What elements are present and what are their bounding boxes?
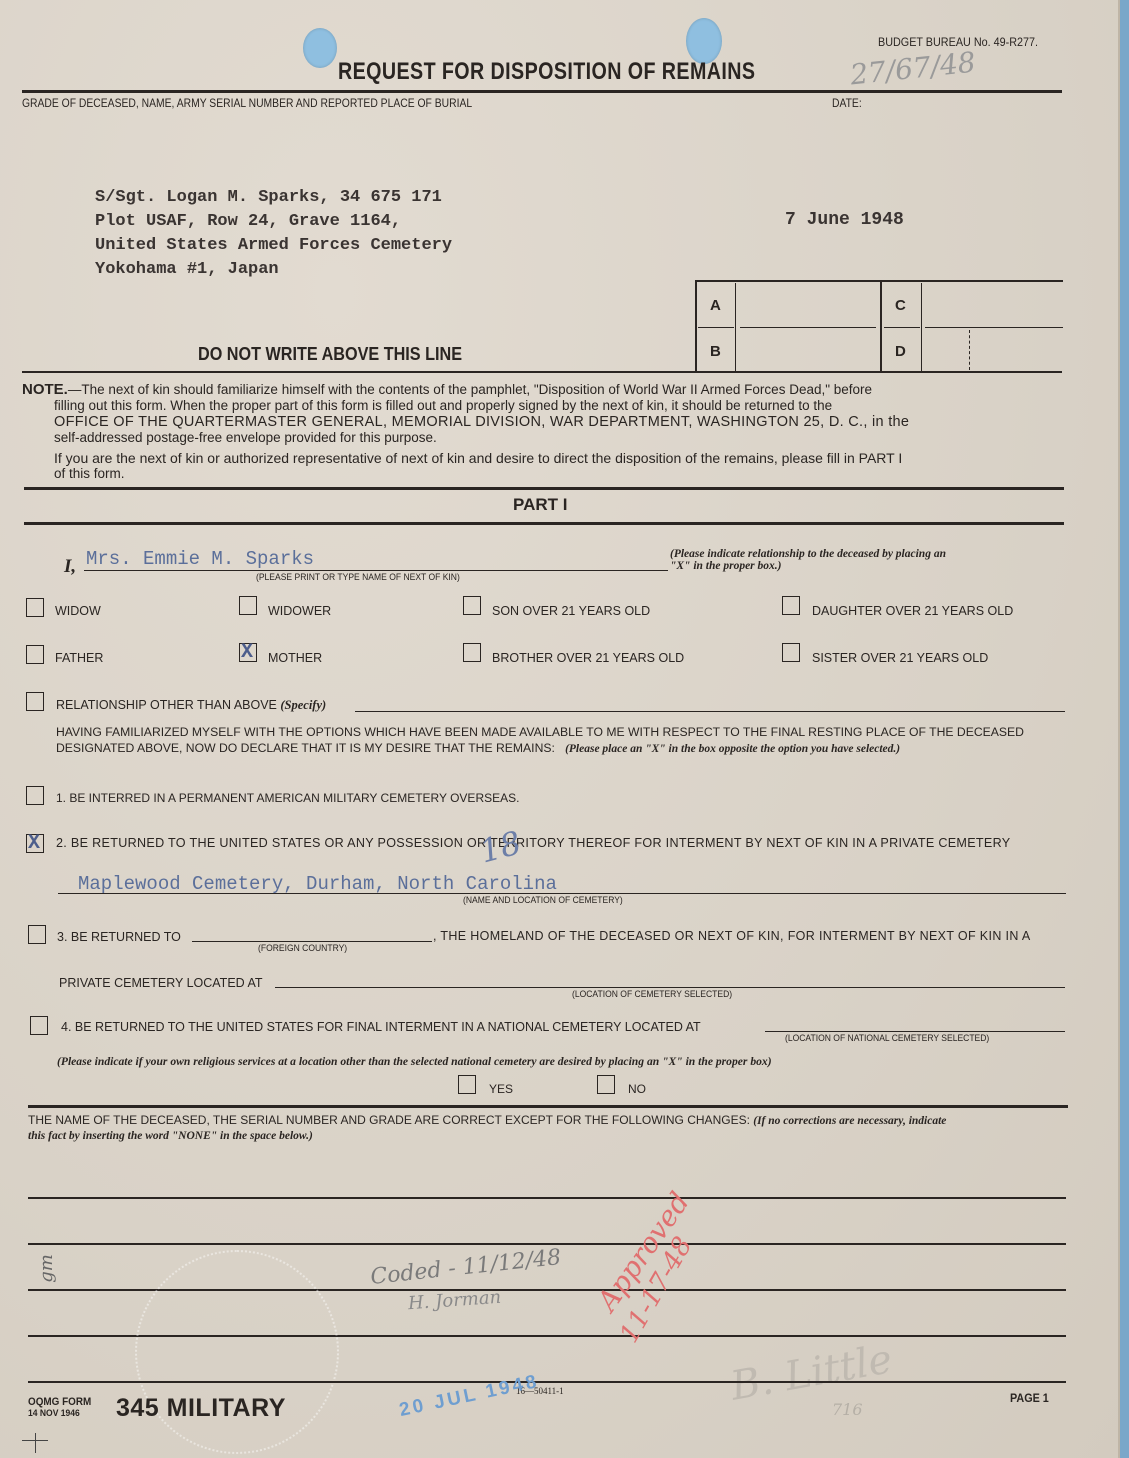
checkbox-son[interactable] [463,596,481,615]
checkbox-daughter[interactable] [782,596,800,615]
punch-hole [303,28,337,68]
do-not-write-rule [22,371,1062,373]
footer-rule [28,1381,1066,1383]
relationship-instruction-line: (Please indicate relationship to the dec… [670,548,946,560]
label-other-relationship: RELATIONSHIP OTHER THAN ABOVE (Specify) [56,698,326,713]
label-option-4: 4. BE RETURNED TO THE UNITED STATES FOR … [61,1020,701,1034]
i-prefix: I, [64,556,76,578]
deceased-location: Yokohama #1, Japan [95,258,452,282]
deceased-info-label: GRADE OF DECEASED, NAME, ARMY SERIAL NUM… [22,98,472,110]
private-cemetery-underline [58,893,1066,894]
label-father: FATHER [55,651,103,665]
note-line: of this form. [22,466,1064,482]
office-box-top [695,280,1063,282]
other-relationship-field[interactable] [355,711,1065,712]
corrections-instruction-2: this fact by inserting the word "NONE" i… [28,1130,313,1142]
checkbox-father[interactable] [26,645,44,664]
other-relationship-text: RELATIONSHIP OTHER THAN ABOVE [56,698,277,712]
label-sister: SISTER OVER 21 YEARS OLD [812,651,988,665]
checkbox-option-2[interactable] [26,834,44,853]
part1-top-rule [24,487,1064,490]
label-option-2: 2. BE RETURNED TO THE UNITED STATES OR A… [56,836,1010,850]
deceased-name-serial: S/Sgt. Logan M. Sparks, 34 675 171 [95,186,452,210]
label-widower: WIDOWER [268,604,331,618]
note-line: —The next of kin should familiarize hims… [68,382,872,397]
relationship-instruction-line: "X" in the proper box.) [670,560,946,572]
received-stamp: 20 JUL 1948 [397,1371,541,1422]
office-cell-d: D [895,343,906,360]
label-option-3-prefix: 3. BE RETURNED TO [57,930,181,944]
label-daughter: DAUGHTER OVER 21 YEARS OLD [812,604,1013,618]
office-box-row-line [698,327,734,328]
corrections-label: THE NAME OF THE DECEASED, THE SERIAL NUM… [28,1113,946,1127]
label-yes: YES [489,1082,513,1096]
form-title: REQUEST FOR DISPOSITION OF REMAINS [338,58,755,86]
note-line: self-addressed postage-free envelope pro… [22,430,1064,446]
corrections-rule [28,1105,1068,1108]
office-box-row-line [925,327,1063,328]
checkbox-option-4[interactable] [30,1016,48,1035]
part1-heading: PART I [513,495,567,515]
corrections-text: THE NAME OF THE DECEASED, THE SERIAL NUM… [28,1113,750,1127]
note-line: filling out this form. When the proper p… [22,398,1064,414]
private-cemetery-caption: (NAME AND LOCATION OF CEMETERY) [463,895,623,906]
note-lead: NOTE. [22,381,68,398]
office-box-divider [921,283,922,371]
relationship-instruction: (Please indicate relationship to the dec… [670,548,946,572]
margin-initials: gm [36,1254,57,1283]
option-2-margin-mark: 18 [476,823,525,870]
cemetery-location-caption: (LOCATION OF CEMETERY SELECTED) [572,989,732,1000]
note-paragraph: NOTE.—The next of kin should familiarize… [22,382,1064,482]
form-number: 345 MILITARY [116,1394,286,1423]
declaration-line-2: DESIGNATED ABOVE, NOW DO DECLARE THAT IT… [56,741,900,755]
label-mother: MOTHER [268,651,322,665]
signature-scribble: B. Little [727,1336,895,1410]
label-no: NO [628,1082,646,1096]
label-son: SON OVER 21 YEARS OLD [492,604,650,618]
declaration-instruction: (Please place an "X" in the box opposite… [565,743,900,755]
checkbox-widower[interactable] [239,596,257,615]
checkbox-religious-no[interactable] [597,1075,615,1094]
religious-services-instruction: (Please indicate if your own religious s… [57,1055,772,1068]
declaration-line-1: HAVING FAMILIARIZED MYSELF WITH THE OPTI… [56,725,1024,739]
date-label: DATE: [832,98,862,110]
declaration-text: DESIGNATED ABOVE, NOW DO DECLARE THAT IT… [56,741,555,755]
note-line: OFFICE OF THE QUARTERMASTER GENERAL, MEM… [22,414,1064,430]
office-box-row-line [884,327,920,328]
office-cell-c: C [895,297,906,314]
label-option-3-suffix: , THE HOMELAND OF THE DECEASED OR NEXT O… [433,929,1031,943]
private-cemetery-value[interactable]: Maplewood Cemetery, Durham, North Caroli… [78,873,557,895]
next-of-kin-name[interactable]: Mrs. Emmie M. Sparks [86,548,314,570]
national-cemetery-caption: (LOCATION OF NATIONAL CEMETERY SELECTED) [785,1033,989,1044]
office-box-left [695,280,697,372]
private-cemetery-located-label: PRIVATE CEMETERY LOCATED AT [59,976,263,990]
foreign-country-caption: (FOREIGN COUNTRY) [258,943,347,954]
form-prefix: OQMG FORM 14 NOV 1946 [28,1397,91,1419]
checkbox-sister[interactable] [782,643,800,662]
corner-mark [35,1433,36,1453]
specify-text: (Specify) [280,698,326,712]
handwritten-reference: 27/67/48 [849,46,978,92]
form-prefix-line: OQMG FORM [28,1397,91,1408]
coded-note: Coded - 11/12/48 [369,1245,562,1290]
label-widow: WIDOW [55,604,101,618]
checkbox-brother[interactable] [463,643,481,662]
checkbox-other-relationship[interactable] [26,692,44,711]
form-page: BUDGET BUREAU No. 49-R277. REQUEST FOR D… [0,0,1120,1458]
deceased-cemetery: United States Armed Forces Cemetery [95,234,452,258]
office-box-divider [735,283,736,371]
label-brother: BROTHER OVER 21 YEARS OLD [492,651,684,665]
office-cell-b: B [710,343,721,360]
checkbox-religious-yes[interactable] [458,1075,476,1094]
office-box-row-line [740,327,876,328]
corrections-line-2[interactable] [28,1243,1066,1245]
checkbox-mother[interactable] [239,643,257,662]
corrections-instruction: (If no corrections are necessary, indica… [753,1115,946,1127]
national-cemetery-field[interactable] [765,1031,1065,1032]
request-date: 7 June 1948 [785,208,904,232]
office-box-divider [880,280,882,372]
next-of-kin-caption: (PLEASE PRINT OR TYPE NAME OF NEXT OF KI… [256,572,460,583]
checkbox-option-3[interactable] [28,925,46,944]
deceased-plot: Plot USAF, Row 24, Grave 1164, [95,210,452,234]
next-of-kin-underline [84,570,668,571]
deceased-info: S/Sgt. Logan M. Sparks, 34 675 171 Plot … [95,186,452,282]
header-rule [22,90,1062,93]
embossed-seal [135,1250,339,1454]
foreign-country-field[interactable] [192,941,432,942]
label-option-1: 1. BE INTERRED IN A PERMANENT AMERICAN M… [56,791,519,805]
note-line: If you are the next of kin or authorized… [22,450,1064,466]
part1-bottom-rule [24,522,1064,525]
office-box-dashed [969,330,970,370]
do-not-write-notice: DO NOT WRITE ABOVE THIS LINE [198,344,462,365]
checkbox-option-1[interactable] [26,786,44,805]
cemetery-location-field[interactable] [275,987,1065,988]
signature-sub: 716 [832,1400,863,1419]
office-cell-a: A [710,297,721,314]
checkbox-widow[interactable] [26,598,44,617]
form-prefix-line: 14 NOV 1946 [28,1408,91,1419]
page-label: PAGE 1 [1010,1391,1049,1405]
corrections-line-1[interactable] [28,1197,1066,1199]
